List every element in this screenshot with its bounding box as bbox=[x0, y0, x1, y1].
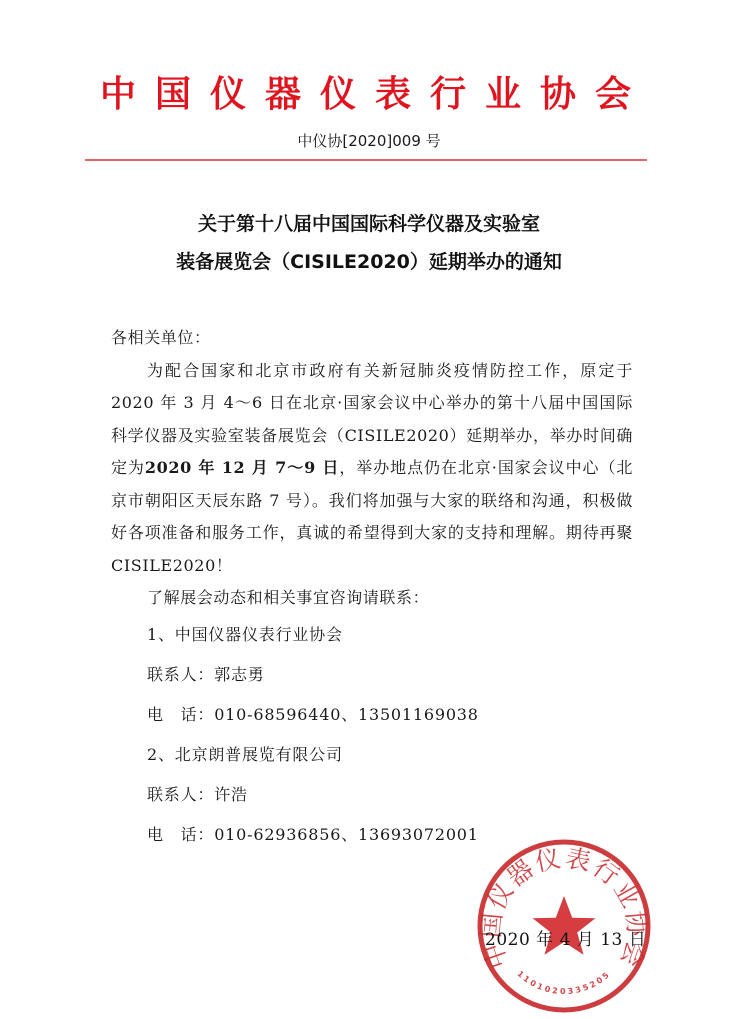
contact-person-1: 联系人：郭志勇 bbox=[147, 655, 479, 695]
contact-person-2: 联系人：许浩 bbox=[147, 775, 479, 815]
new-exhibition-date: 2020 年 12 月 7～9 日 bbox=[145, 458, 340, 477]
header-divider bbox=[85, 159, 647, 161]
contact-intro: 了解展会动态和相关事宜咨询请联系： bbox=[111, 582, 633, 615]
svg-text:1101020335205: 1101020335205 bbox=[515, 969, 612, 996]
contact-org-1: 1、中国仪器仪表行业协会 bbox=[147, 615, 479, 655]
issue-date: 2020 年 4 月 13 日 bbox=[485, 929, 646, 951]
contact-org-2: 2、北京朗普展览有限公司 bbox=[147, 735, 479, 775]
seal-serial: 1101020335205 bbox=[515, 969, 612, 996]
notice-title-line-1: 关于第十八届中国国际科学仪器及实验室 bbox=[0, 205, 738, 243]
organization-title: 中国仪器仪表行业协会 bbox=[0, 72, 738, 118]
contact-list: 1、中国仪器仪表行业协会 联系人：郭志勇 电 话：010-68596440、13… bbox=[147, 615, 479, 855]
official-seal: 中国仪器仪表行业协会 1101020335205 bbox=[476, 838, 652, 1014]
notice-title: 关于第十八届中国国际科学仪器及实验室 装备展览会（CISILE2020）延期举办… bbox=[0, 205, 738, 281]
notice-body: 各相关单位： 为配合国家和北京市政府有关新冠肺炎疫情防控工作，原定于 2020 … bbox=[111, 322, 633, 615]
contact-phone-1: 电 话：010-68596440、13501169038 bbox=[147, 695, 479, 735]
notice-title-line-2: 装备展览会（CISILE2020）延期举办的通知 bbox=[0, 243, 738, 281]
document-number: 中仪协[2020]009 号 bbox=[0, 130, 738, 152]
main-paragraph: 为配合国家和北京市政府有关新冠肺炎疫情防控工作，原定于 2020 年 3 月 4… bbox=[111, 355, 633, 583]
salutation: 各相关单位： bbox=[111, 322, 633, 355]
contact-phone-2: 电 话：010-62936856、13693072001 bbox=[147, 815, 479, 855]
